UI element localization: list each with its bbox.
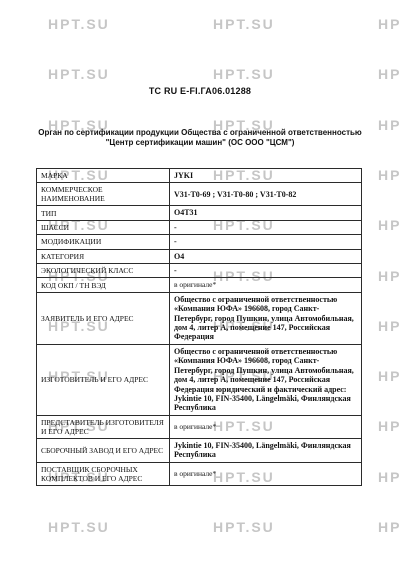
row-value: в оригинале* <box>170 278 362 292</box>
row-value: - <box>170 220 362 234</box>
row-label: ПРЕДСТАВИТЕЛЬ ИЗГОТОВИТЕЛЯ И ЕГО АДРЕС <box>37 415 170 438</box>
row-label: МАРКА <box>37 169 170 183</box>
table-row: СБОРОЧНЫЙ ЗАВОД И ЕГО АДРЕСJykintie 10, … <box>37 438 362 462</box>
table-row: КОД ОКП / ТН ВЭДв оригинале* <box>37 278 362 292</box>
certificate-table-body: МАРКАJYKIКОММЕРЧЕСКОЕ НАИМЕНОВАНИЕV31-T0… <box>37 169 362 486</box>
row-value: Общество с ограниченной ответственностью… <box>170 292 362 344</box>
row-value: - <box>170 235 362 249</box>
row-label: ЭКОЛОГИЧЕСКИЙ КЛАСС <box>37 264 170 278</box>
row-value: JYKI <box>170 169 362 183</box>
row-label: ИЗГОТОВИТЕЛЬ И ЕГО АДРЕС <box>37 344 170 415</box>
row-value: Общество с ограниченной ответственностью… <box>170 344 362 415</box>
row-label: КАТЕГОРИЯ <box>37 249 170 263</box>
row-label: ШАССИ <box>37 220 170 234</box>
row-label: ЗАЯВИТЕЛЬ И ЕГО АДРЕС <box>37 292 170 344</box>
row-value: О4 <box>170 249 362 263</box>
table-row: ЭКОЛОГИЧЕСКИЙ КЛАСС- <box>37 264 362 278</box>
row-label: СБОРОЧНЫЙ ЗАВОД И ЕГО АДРЕС <box>37 438 170 462</box>
row-label: КОД ОКП / ТН ВЭД <box>37 278 170 292</box>
certificate-content: ТС RU Е-FI.ГА06.01288 Орган по сертифика… <box>0 0 400 565</box>
row-label: ТИП <box>37 206 170 220</box>
table-row: КАТЕГОРИЯО4 <box>37 249 362 263</box>
table-row: КОММЕРЧЕСКОЕ НАИМЕНОВАНИЕV31-T0-69 ; V31… <box>37 183 362 206</box>
row-label: МОДИФИКАЦИИ <box>37 235 170 249</box>
certificate-number: ТС RU Е-FI.ГА06.01288 <box>0 86 400 96</box>
certificate-table: МАРКАJYKIКОММЕРЧЕСКОЕ НАИМЕНОВАНИЕV31-T0… <box>36 168 362 486</box>
row-value: V31-T0-69 ; V31-T0-80 ; V31-T0-82 <box>170 183 362 206</box>
row-value: в оригинале* <box>170 462 362 485</box>
row-value: в оригинале* <box>170 415 362 438</box>
table-row: ТИПО4Т31 <box>37 206 362 220</box>
table-row: ЗАЯВИТЕЛЬ И ЕГО АДРЕСОбщество с ограниче… <box>37 292 362 344</box>
table-row: ШАССИ- <box>37 220 362 234</box>
table-row: ИЗГОТОВИТЕЛЬ И ЕГО АДРЕСОбщество с огран… <box>37 344 362 415</box>
row-value: О4Т31 <box>170 206 362 220</box>
row-value: Jykintie 10, FIN-35400, Längelmäki, Финл… <box>170 438 362 462</box>
table-row: МАРКАJYKI <box>37 169 362 183</box>
table-row: ПОСТАВЩИК СБОРОЧНЫХ КОМПЛЕКТОВ И ЕГО АДР… <box>37 462 362 485</box>
row-label: ПОСТАВЩИК СБОРОЧНЫХ КОМПЛЕКТОВ И ЕГО АДР… <box>37 462 170 485</box>
certificate-page: HPT.SUHPT.SUHPT.SUHPT.SUHPT.SUHPT.SUHPT.… <box>0 0 400 565</box>
row-label: КОММЕРЧЕСКОЕ НАИМЕНОВАНИЕ <box>37 183 170 206</box>
table-row: ПРЕДСТАВИТЕЛЬ ИЗГОТОВИТЕЛЯ И ЕГО АДРЕСв … <box>37 415 362 438</box>
certification-body-name: Орган по сертификации продукции Общества… <box>30 128 370 147</box>
row-value: - <box>170 264 362 278</box>
table-row: МОДИФИКАЦИИ- <box>37 235 362 249</box>
